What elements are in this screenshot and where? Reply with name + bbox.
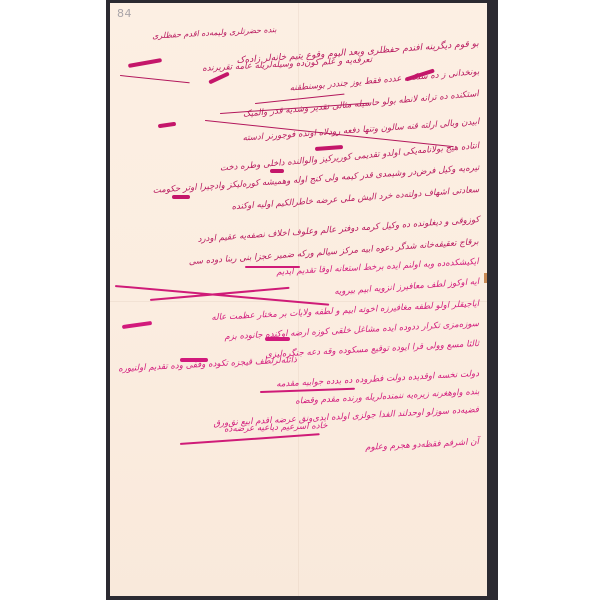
manuscript-line: دولت نخسه اوقدیده دولت فطروده ده بدده جو… [276,369,479,390]
manuscript-line: ابیدن وبالی ارلته قنه سالون وتنها دفعه ر… [242,117,480,144]
crossed-out-word [128,58,162,68]
paper-stain [484,273,487,283]
manuscript-line: ایاجیقلر اولو لطفه مغافیرزه اخوته ابیم و… [211,299,479,323]
manuscript-line: ذائله‌لرلطف قیجزه تکوده وقفی وده تقدیم ا… [118,355,297,374]
manuscript-line: بنده حضرتلری ولیمه‌ده اقدم حفظلری [152,25,277,41]
strike-through [245,266,300,268]
crossed-out-word [265,337,290,341]
strike-through [120,75,190,84]
crossed-out-word [270,169,284,173]
manuscript-line: بونخدانی ز ده سنکده عدده فقط یوز جنددر ب… [289,67,479,94]
manuscript-line: آن اشرفم فقظه‌دو هجرم وعلوم [365,437,479,453]
manuscript-page: 84 بنده حضرتلری ولیمه‌ده اقدم حفظلری بو … [110,3,487,596]
crossed-out-word [158,122,176,128]
crossed-out-word [180,358,208,362]
strike-through [260,388,355,393]
manuscript-line: سعادتی اشهاف دولته‌ده خرد الیش ملی عرضه … [231,185,479,212]
crossed-out-word [208,72,230,85]
manuscript-line: سوزه‌مزی تکرار ددوده ایده مشاغل خلقی کوز… [224,319,479,342]
crossed-out-word [122,321,152,329]
crossed-out-word [172,195,190,199]
manuscript-line: استکنده ده ترانه لانطه بولو حاسیله مثالی… [243,89,480,120]
crossed-out-word [315,145,343,151]
manuscript-line: ایکیشکده‌ده وبه اولنم ایده برخط استعانه … [276,257,479,278]
folio-number: 84 [117,7,132,20]
manuscript-line: ایه اوکوز لطف معافیرز انزویه ابیم بیرویه [334,277,480,297]
